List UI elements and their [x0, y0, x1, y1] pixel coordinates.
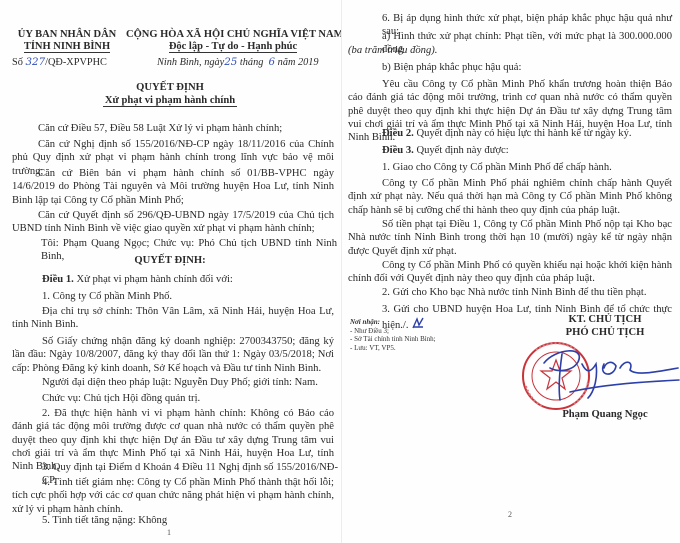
recipients: Nơi nhận: - Như Điều 3; - Sở Tài chính t… [350, 318, 436, 352]
page-number-2: 2 [508, 510, 512, 519]
issuing-authority: ỦY BAN NHÂN DÂN TỈNH NINH BÌNH [8, 29, 126, 53]
recipient-line: - Như Điều 3; [350, 327, 436, 336]
item-5-aggravating: 5. Tình tiết tăng nặng: Không [42, 514, 334, 527]
basis-3: Căn cứ Biên bản vi phạm hành chính số 01… [12, 167, 334, 207]
article-3-item-1: 1. Giao cho Công ty Cổ phần Minh Phố để … [382, 161, 672, 174]
stamp-icon [523, 343, 589, 409]
decision-title: QUYẾT ĐỊNH Xử phạt vi phạm hành chính [0, 81, 340, 107]
signer-name: Phạm Quang Ngọc [530, 409, 680, 420]
appeal-note: Công ty Cổ phần Minh Phố có quyền khiếu … [348, 259, 672, 286]
basis-4: Căn cứ Quyết định số 296/QĐ-UBND ngày 17… [12, 209, 334, 236]
article-3-item-2: 2. Gửi cho Kho bạc Nhà nước tỉnh Ninh Bì… [382, 286, 672, 299]
item-4-mitigating: 4. Tình tiết giảm nhẹ: Công ty Cổ phần M… [12, 476, 334, 516]
document-number: Số 327/QĐ-XPVPHC [12, 56, 107, 68]
recipient-line: - Sở Tài chính tỉnh Ninh Bình; [350, 335, 436, 344]
subtitle: Xử phạt vi phạm hành chính [0, 94, 340, 107]
payment-note: Số tiền phạt tại Điều 1, Công ty Cổ phần… [348, 218, 672, 258]
signer-authority: KT. CHỦ TỊCH [530, 313, 680, 326]
item-registration: Số Giấy chứng nhận đăng ký doanh nghiệp:… [12, 335, 334, 375]
national-title: CỘNG HÒA XÃ HỘI CHỦ NGHĨA VIỆT NAM [126, 29, 340, 41]
remedial-heading: b) Biện pháp khắc phục hậu quả: [382, 61, 672, 74]
signature-title: KT. CHỦ TỊCH PHÓ CHỦ TỊCH [530, 313, 680, 339]
authority-line-2: TỈNH NINH BÌNH [8, 41, 126, 53]
document-date: Ninh Bình, ngày25 tháng 6 năm 2019 [157, 56, 319, 68]
item-representative: Người đại diện theo pháp luật: Nguyễn Du… [42, 376, 334, 389]
national-motto: Độc lập - Tự do - Hạnh phúc [126, 41, 340, 53]
item-address: Địa chỉ trụ sở chính: Thôn Vân Lâm, xã N… [12, 305, 334, 332]
penalty-in-words: (ba trăm triệu đồng). [348, 44, 668, 57]
handwritten-month: 6 [269, 56, 276, 68]
article-2: Điều 2. Quyết định này có hiệu lực thi h… [382, 127, 672, 140]
decision-heading: QUYẾT ĐỊNH: [0, 255, 340, 266]
compliance-note: Công ty Cổ phần Minh Phố phải nghiêm chỉ… [348, 177, 672, 217]
handwritten-number: 327 [25, 56, 45, 68]
national-header: CỘNG HÒA XÃ HỘI CHỦ NGHĨA VIỆT NAM Độc l… [126, 29, 340, 53]
item-1-company: 1. Công ty Cổ phần Minh Phố. [42, 290, 334, 303]
handwritten-day: 25 [224, 56, 237, 68]
article-1: Điều 1. Xử phạt vi phạm hành chính đối v… [42, 273, 334, 286]
title: QUYẾT ĐỊNH [0, 81, 340, 94]
signature-icon [544, 351, 679, 400]
document-page-1: ỦY BAN NHÂN DÂN TỈNH NINH BÌNH Số 327/QĐ… [0, 0, 340, 543]
document-page-2: 6. Bị áp dụng hình thức xử phạt, biện ph… [341, 0, 680, 543]
page-number-1: 1 [167, 528, 171, 537]
authority-line-1: ỦY BAN NHÂN DÂN [8, 29, 126, 41]
official-stamp-and-signature [516, 338, 680, 416]
item-position: Chức vụ: Chủ tịch Hội đồng quản trị. [42, 392, 334, 405]
recipient-line: - Lưu: VT, VP5. [350, 344, 436, 353]
recipients-title: Nơi nhận: [350, 318, 436, 327]
basis-1: Căn cứ Điều 57, Điều 58 Luật Xử lý vi ph… [38, 122, 334, 135]
article-3: Điều 3. Quyết định này được: [382, 144, 672, 157]
